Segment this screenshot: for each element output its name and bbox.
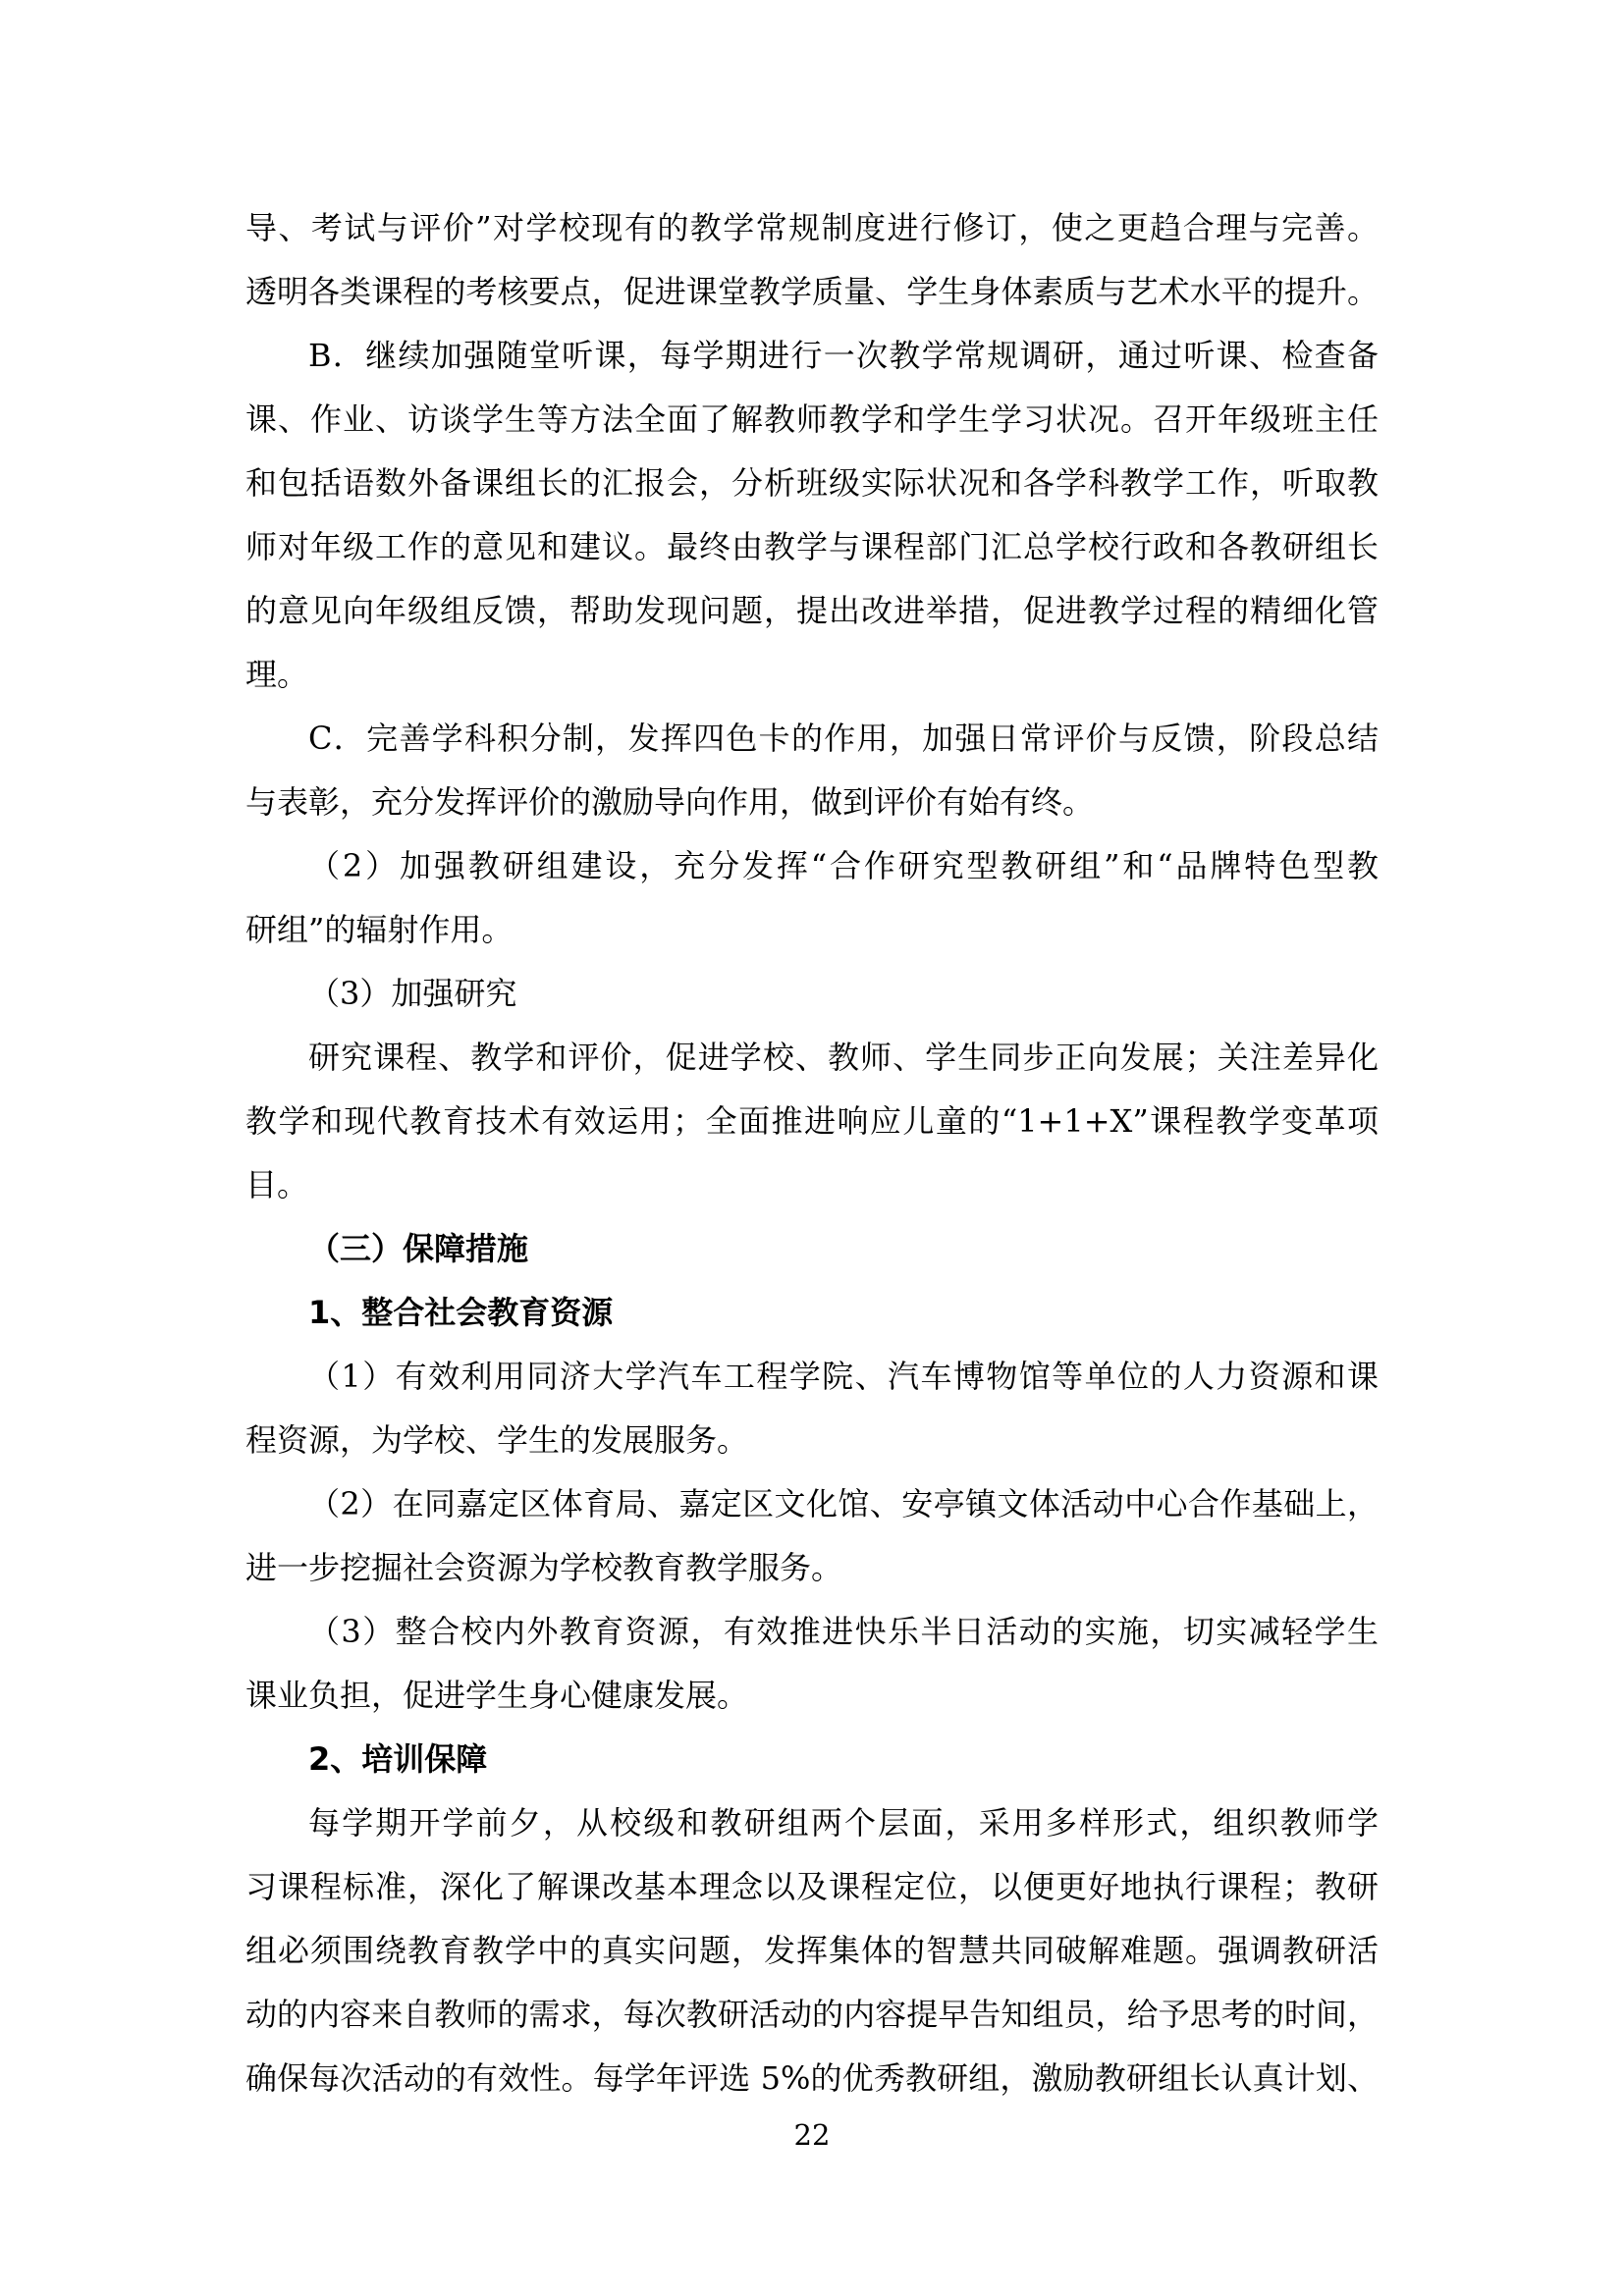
text-line: 研组”的辐射作用。 (245, 898, 1379, 962)
text-line: 课、作业、访谈学生等方法全面了解教师教学和学生学习状况。召开年级班主任 (245, 388, 1379, 452)
text-line: （1）有效利用同济大学汽车工程学院、汽车博物馆等单位的人力资源和课 (245, 1345, 1379, 1409)
text-line: 研究课程、教学和评价，促进学校、教师、学生同步正向发展；关注差异化 (245, 1026, 1379, 1090)
text-line: 理。 (245, 643, 1379, 707)
text-line: 进一步挖掘社会资源为学校教育教学服务。 (245, 1536, 1379, 1600)
page-number: 22 (794, 2118, 831, 2152)
text-line: 与表彰，充分发挥评价的激励导向作用，做到评价有始有终。 (245, 771, 1379, 834)
text-line: 的意见向年级组反馈，帮助发现问题，提出改进举措，促进教学过程的精细化管 (245, 579, 1379, 643)
text-line: 每学期开学前夕，从校级和教研组两个层面，采用多样形式，组织教师学 (245, 1791, 1379, 1855)
page-footer: 22 (0, 2118, 1624, 2152)
text-line: 导、考试与评价”对学校现有的教学常规制度进行修订，使之更趋合理与完善。 (245, 196, 1379, 260)
text-line: 目。 (245, 1153, 1379, 1217)
heading-line: 2、培训保障 (245, 1728, 1379, 1791)
text-line: 透明各类课程的考核要点，促进课堂教学质量、学生身体素质与艺术水平的提升。 (245, 260, 1379, 324)
text-line: （3）整合校内外教育资源，有效推进快乐半日活动的实施，切实减轻学生 (245, 1600, 1379, 1664)
text-line: （2）在同嘉定区体育局、嘉定区文化馆、安亭镇文体活动中心合作基础上， (245, 1472, 1379, 1536)
heading-line: 1、整合社会教育资源 (245, 1281, 1379, 1345)
document-page: 导、考试与评价”对学校现有的教学常规制度进行修订，使之更趋合理与完善。透明各类课… (0, 0, 1624, 2296)
text-line: （3）加强研究 (245, 962, 1379, 1026)
text-line: C．完善学科积分制，发挥四色卡的作用，加强日常评价与反馈，阶段总结 (245, 707, 1379, 771)
text-line: 确保每次活动的有效性。每学年评选 5%的优秀教研组，激励教研组长认真计划、 (245, 2047, 1379, 2110)
text-line: 和包括语数外备课组长的汇报会，分析班级实际状况和各学科教学工作，听取教 (245, 452, 1379, 515)
text-line: 组必须围绕教育教学中的真实问题，发挥集体的智慧共同破解难题。强调教研活 (245, 1919, 1379, 1983)
text-line: 教学和现代教育技术有效运用；全面推进响应儿童的“1+1+X”课程教学变革项 (245, 1090, 1379, 1153)
text-line: 师对年级工作的意见和建议。最终由教学与课程部门汇总学校行政和各教研组长 (245, 515, 1379, 579)
text-line: 动的内容来自教师的需求，每次教研活动的内容提早告知组员，给予思考的时间， (245, 1983, 1379, 2047)
heading-line: （三）保障措施 (245, 1217, 1379, 1281)
document-body: 导、考试与评价”对学校现有的教学常规制度进行修订，使之更趋合理与完善。透明各类课… (245, 196, 1379, 2110)
text-line: 习课程标准，深化了解课改基本理念以及课程定位，以便更好地执行课程；教研 (245, 1855, 1379, 1919)
text-line: B．继续加强随堂听课，每学期进行一次教学常规调研，通过听课、检查备 (245, 324, 1379, 388)
text-line: 程资源，为学校、学生的发展服务。 (245, 1409, 1379, 1472)
text-line: （2）加强教研组建设，充分发挥“合作研究型教研组”和“品牌特色型教 (245, 834, 1379, 898)
text-line: 课业负担，促进学生身心健康发展。 (245, 1664, 1379, 1728)
